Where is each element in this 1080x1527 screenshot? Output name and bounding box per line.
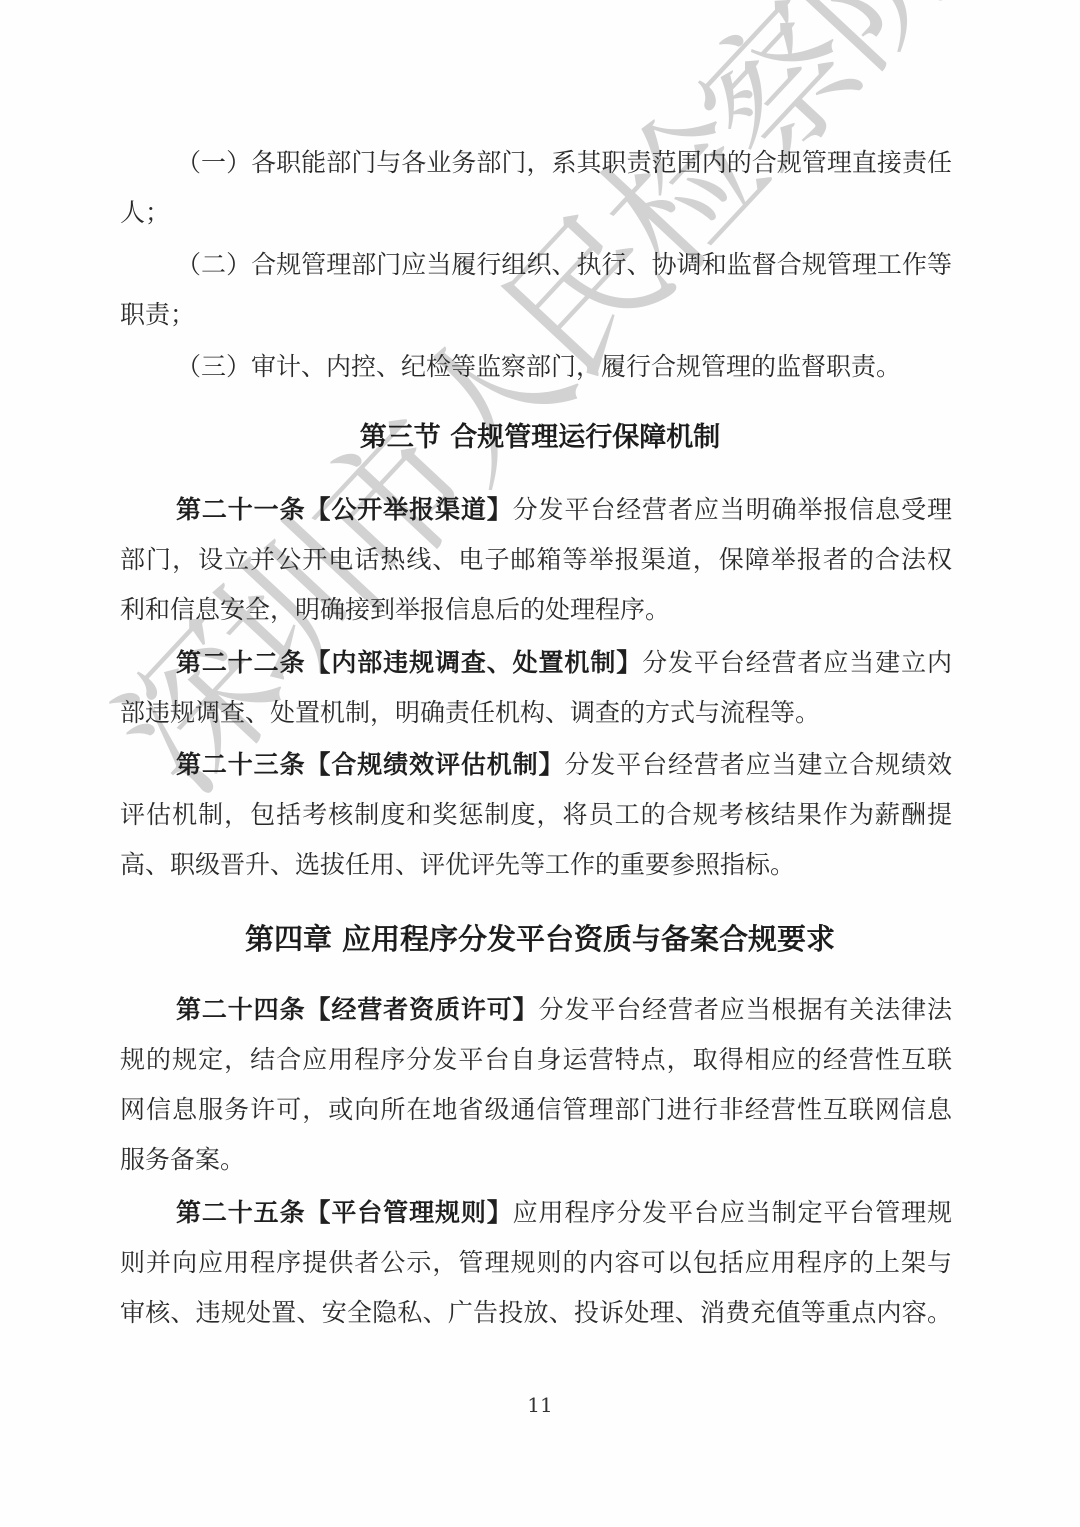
article-22-number: 第二十二条 [176, 648, 305, 677]
article-25-number: 第二十五条 [176, 1198, 305, 1227]
article-24-text: 分发平台经营者应当根据有关法律法 [539, 995, 952, 1024]
article-24-line-2: 规的规定，结合应用程序分发平台自身运营特点，取得相应的经营性互联 [120, 1042, 952, 1078]
article-24-line-3: 网信息服务许可，或向所在地省级通信管理部门进行非经营性互联网信息 [120, 1092, 952, 1128]
list-item-2-line-2: 职责； [120, 297, 952, 333]
chapter-heading: 第四章 应用程序分发平台资质与备案合规要求 [0, 918, 1080, 960]
article-22-first-line: 第二十二条【内部违规调查、处置机制】分发平台经营者应当建立内 [176, 645, 952, 681]
article-21-line-3: 利和信息安全，明确接到举报信息后的处理程序。 [120, 592, 952, 628]
article-24-first-line: 第二十四条【经营者资质许可】分发平台经营者应当根据有关法律法 [176, 992, 952, 1028]
document-page: 深圳市人民检察院 （一）各职能部门与各业务部门，系其职责范围内的合规管理直接责任… [0, 0, 1080, 1527]
article-25-line-3: 审核、违规处置、安全隐私、广告投放、投诉处理、消费充值等重点内容。 [120, 1295, 952, 1331]
article-21-title: 【公开举报渠道】 [305, 495, 512, 524]
list-item-3-line-1: （三）审计、内控、纪检等监察部门，履行合规管理的监督职责。 [176, 349, 952, 385]
article-25-title: 【平台管理规则】 [305, 1198, 512, 1227]
article-23-text: 分发平台经营者应当建立合规绩效 [564, 750, 952, 779]
article-21-first-line: 第二十一条【公开举报渠道】分发平台经营者应当明确举报信息受理 [176, 492, 952, 528]
section-heading: 第三节 合规管理运行保障机制 [0, 418, 1080, 458]
article-23-line-3: 高、职级晋升、选拔任用、评优评先等工作的重要参照指标。 [120, 847, 952, 883]
article-23-line-2: 评估机制，包括考核制度和奖惩制度，将员工的合规考核结果作为薪酬提 [120, 797, 952, 833]
article-22-line-2: 部违规调查、处置机制，明确责任机构、调查的方式与流程等。 [120, 695, 952, 731]
article-21-text: 分发平台经营者应当明确举报信息受理 [513, 495, 952, 524]
article-23-first-line: 第二十三条【合规绩效评估机制】分发平台经营者应当建立合规绩效 [176, 747, 952, 783]
article-21-number: 第二十一条 [176, 495, 305, 524]
article-25-line-2: 则并向应用程序提供者公示，管理规则的内容可以包括应用程序的上架与 [120, 1245, 952, 1281]
article-25-first-line: 第二十五条【平台管理规则】应用程序分发平台应当制定平台管理规 [176, 1195, 952, 1231]
list-item-1-line-2: 人； [120, 195, 952, 231]
article-24-number: 第二十四条 [176, 995, 305, 1024]
page-number: 11 [0, 1393, 1080, 1417]
article-24-line-4: 服务备案。 [120, 1142, 952, 1178]
list-item-1-line-1: （一）各职能部门与各业务部门，系其职责范围内的合规管理直接责任 [176, 145, 952, 181]
article-24-title: 【经营者资质许可】 [305, 995, 538, 1024]
article-25-text: 应用程序分发平台应当制定平台管理规 [513, 1198, 952, 1227]
article-22-title: 【内部违规调查、处置机制】 [305, 648, 642, 677]
article-22-text: 分发平台经营者应当建立内 [642, 648, 952, 677]
list-item-2-line-1: （二）合规管理部门应当履行组织、执行、协调和监督合规管理工作等 [176, 247, 952, 283]
article-23-number: 第二十三条 [176, 750, 305, 779]
article-21-line-2: 部门，设立并公开电话热线、电子邮箱等举报渠道，保障举报者的合法权 [120, 542, 952, 578]
article-23-title: 【合规绩效评估机制】 [305, 750, 564, 779]
